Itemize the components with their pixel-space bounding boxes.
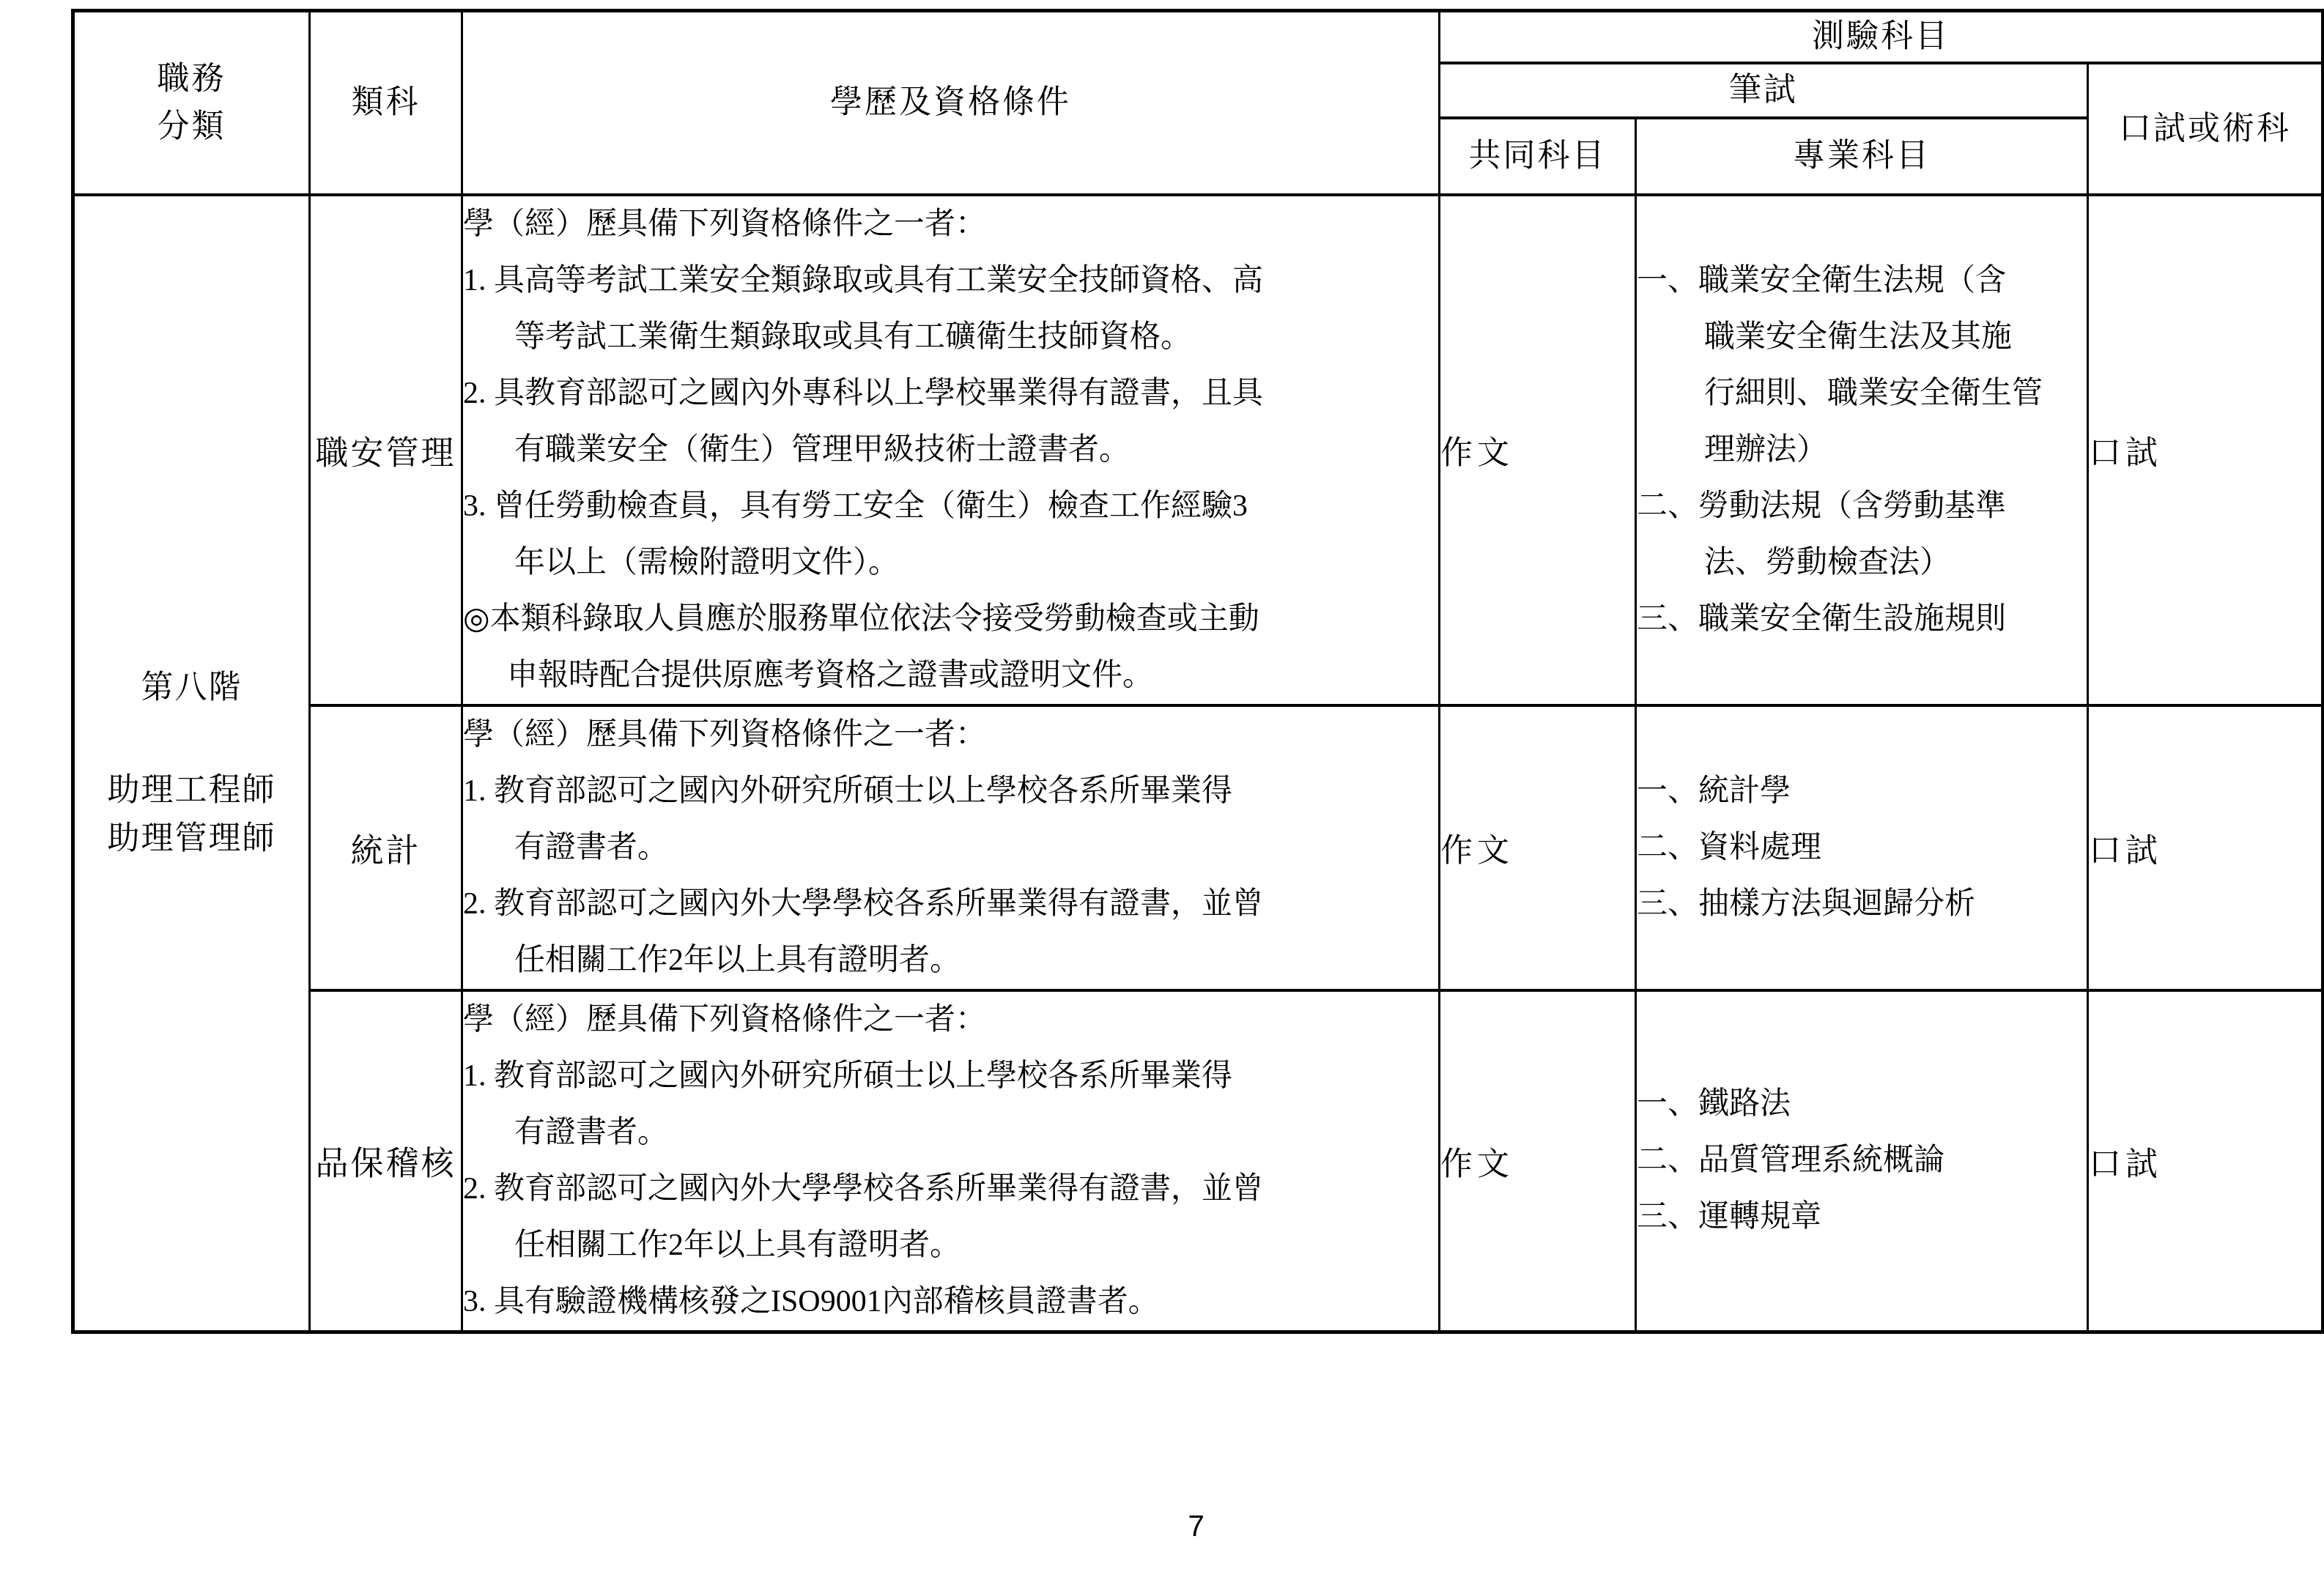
prof-line: 三、運轉規章 — [1637, 1189, 2087, 1245]
prof-line: 一、鐵路法 — [1637, 1076, 2087, 1132]
header-job-classification: 職務 分類 — [73, 11, 310, 195]
professional-subjects-cell: 一、職業安全衛生法規（含 職業安全衛生法及其施 行細則、職業安全衛生管 理辦法）… — [1636, 195, 2088, 705]
header-category: 類科 — [310, 11, 462, 195]
prof-line: 理辦法） — [1637, 422, 2087, 478]
common-subject-cell: 作文 — [1440, 195, 1636, 705]
qual-line: 2. 教育部認可之國內外大學學校各系所畢業得有證書，並曾 — [463, 876, 1438, 932]
oral-test-cell: 口試 — [2088, 705, 2323, 990]
prof-line: 法、勞動檢查法） — [1637, 535, 2087, 591]
prof-line: 一、統計學 — [1637, 763, 2087, 820]
qual-line: 學（經）歷具備下列資格條件之一者： — [463, 707, 1438, 763]
header-common-subjects: 共同科目 — [1440, 118, 1636, 195]
qual-line: 學（經）歷具備下列資格條件之一者： — [463, 196, 1438, 253]
qual-line: 1. 教育部認可之國內外研究所碩士以上學校各系所畢業得 — [463, 1048, 1438, 1105]
category-cell: 統計 — [310, 705, 462, 990]
qual-line: 3. 具有驗證機構核發之ISO9001內部稽核員證書者。 — [463, 1274, 1438, 1330]
page-number: 7 — [71, 1510, 2321, 1543]
header-professional-subjects: 專業科目 — [1636, 118, 2088, 195]
professional-subjects-cell: 一、統計學 二、資料處理 三、抽樣方法與迴歸分析 — [1636, 705, 2088, 990]
prof-line: 二、品質管理系統概論 — [1637, 1132, 2087, 1189]
header-test-subjects: 測驗科目 — [1440, 11, 2323, 63]
qualification-cell: 學（經）歷具備下列資格條件之一者： 1. 教育部認可之國內外研究所碩士以上學校各… — [462, 705, 1440, 990]
document-page: 職務 分類 類科 學歷及資格條件 測驗科目 筆試 口試或術科 共同科目 專業科目… — [0, 0, 2324, 1569]
qual-line: 年以上（需檢附證明文件）。 — [463, 535, 1438, 591]
qual-line: ◎本類科錄取人員應於服務單位依法令接受勞動檢查或主動 — [463, 591, 1438, 648]
oral-test-cell: 口試 — [2088, 990, 2323, 1332]
qualification-cell: 學（經）歷具備下列資格條件之一者： 1. 教育部認可之國內外研究所碩士以上學校各… — [462, 990, 1440, 1332]
qual-line: 有職業安全（衛生）管理甲級技術士證書者。 — [463, 422, 1438, 478]
header-job-class-line2: 分類 — [75, 103, 308, 150]
job-class-title2: 助理管理師 — [75, 815, 308, 863]
qual-line: 2. 具教育部認可之國內外專科以上學校畢業得有證書，且具 — [463, 366, 1438, 422]
prof-line: 一、職業安全衛生法規（含 — [1637, 253, 2087, 309]
prof-line: 二、資料處理 — [1637, 820, 2087, 876]
prof-line: 二、勞動法規（含勞動基準 — [1637, 478, 2087, 535]
qual-line: 學（經）歷具備下列資格條件之一者： — [463, 992, 1438, 1048]
header-written-test: 筆試 — [1440, 63, 2088, 118]
job-class-cell: 第八階 助理工程師 助理管理師 — [73, 195, 310, 1332]
qual-line: 3. 曾任勞動檢查員，具有勞工安全（衛生）檢查工作經驗3 — [463, 478, 1438, 535]
job-class-grade: 第八階 — [75, 664, 308, 712]
common-subject-cell: 作文 — [1440, 990, 1636, 1332]
header-qualification: 學歷及資格條件 — [462, 11, 1440, 195]
job-class-title1: 助理工程師 — [75, 766, 308, 815]
qual-line: 1. 具高等考試工業安全類錄取或具有工業安全技師資格、高 — [463, 253, 1438, 309]
header-job-class-line1: 職務 — [75, 55, 308, 103]
prof-line: 三、職業安全衛生設施規則 — [1637, 591, 2087, 648]
qual-line: 有證書者。 — [463, 1105, 1438, 1161]
qual-line: 申報時配合提供原應考資格之證書或證明文件。 — [463, 648, 1438, 704]
prof-line: 三、抽樣方法與迴歸分析 — [1637, 876, 2087, 932]
qualification-cell: 學（經）歷具備下列資格條件之一者： 1. 具高等考試工業安全類錄取或具有工業安全… — [462, 195, 1440, 705]
header-oral-or-practical: 口試或術科 — [2088, 63, 2323, 195]
qual-line: 2. 教育部認可之國內外大學學校各系所畢業得有證書，並曾 — [463, 1161, 1438, 1217]
qual-line: 任相關工作2年以上具有證明者。 — [463, 932, 1438, 989]
qual-line: 任相關工作2年以上具有證明者。 — [463, 1217, 1438, 1274]
qual-line: 1. 教育部認可之國內外研究所碩士以上學校各系所畢業得 — [463, 763, 1438, 820]
exam-subjects-table: 職務 分類 類科 學歷及資格條件 測驗科目 筆試 口試或術科 共同科目 專業科目… — [71, 9, 2324, 1334]
category-cell: 品保稽核 — [310, 990, 462, 1332]
category-cell: 職安管理 — [310, 195, 462, 705]
prof-line: 職業安全衛生法及其施 — [1637, 309, 2087, 366]
qual-line: 有證書者。 — [463, 820, 1438, 876]
oral-test-cell: 口試 — [2088, 195, 2323, 705]
professional-subjects-cell: 一、鐵路法 二、品質管理系統概論 三、運轉規章 — [1636, 990, 2088, 1332]
prof-line: 行細則、職業安全衛生管 — [1637, 366, 2087, 422]
qual-line: 等考試工業衛生類錄取或具有工礦衛生技師資格。 — [463, 309, 1438, 366]
common-subject-cell: 作文 — [1440, 705, 1636, 990]
